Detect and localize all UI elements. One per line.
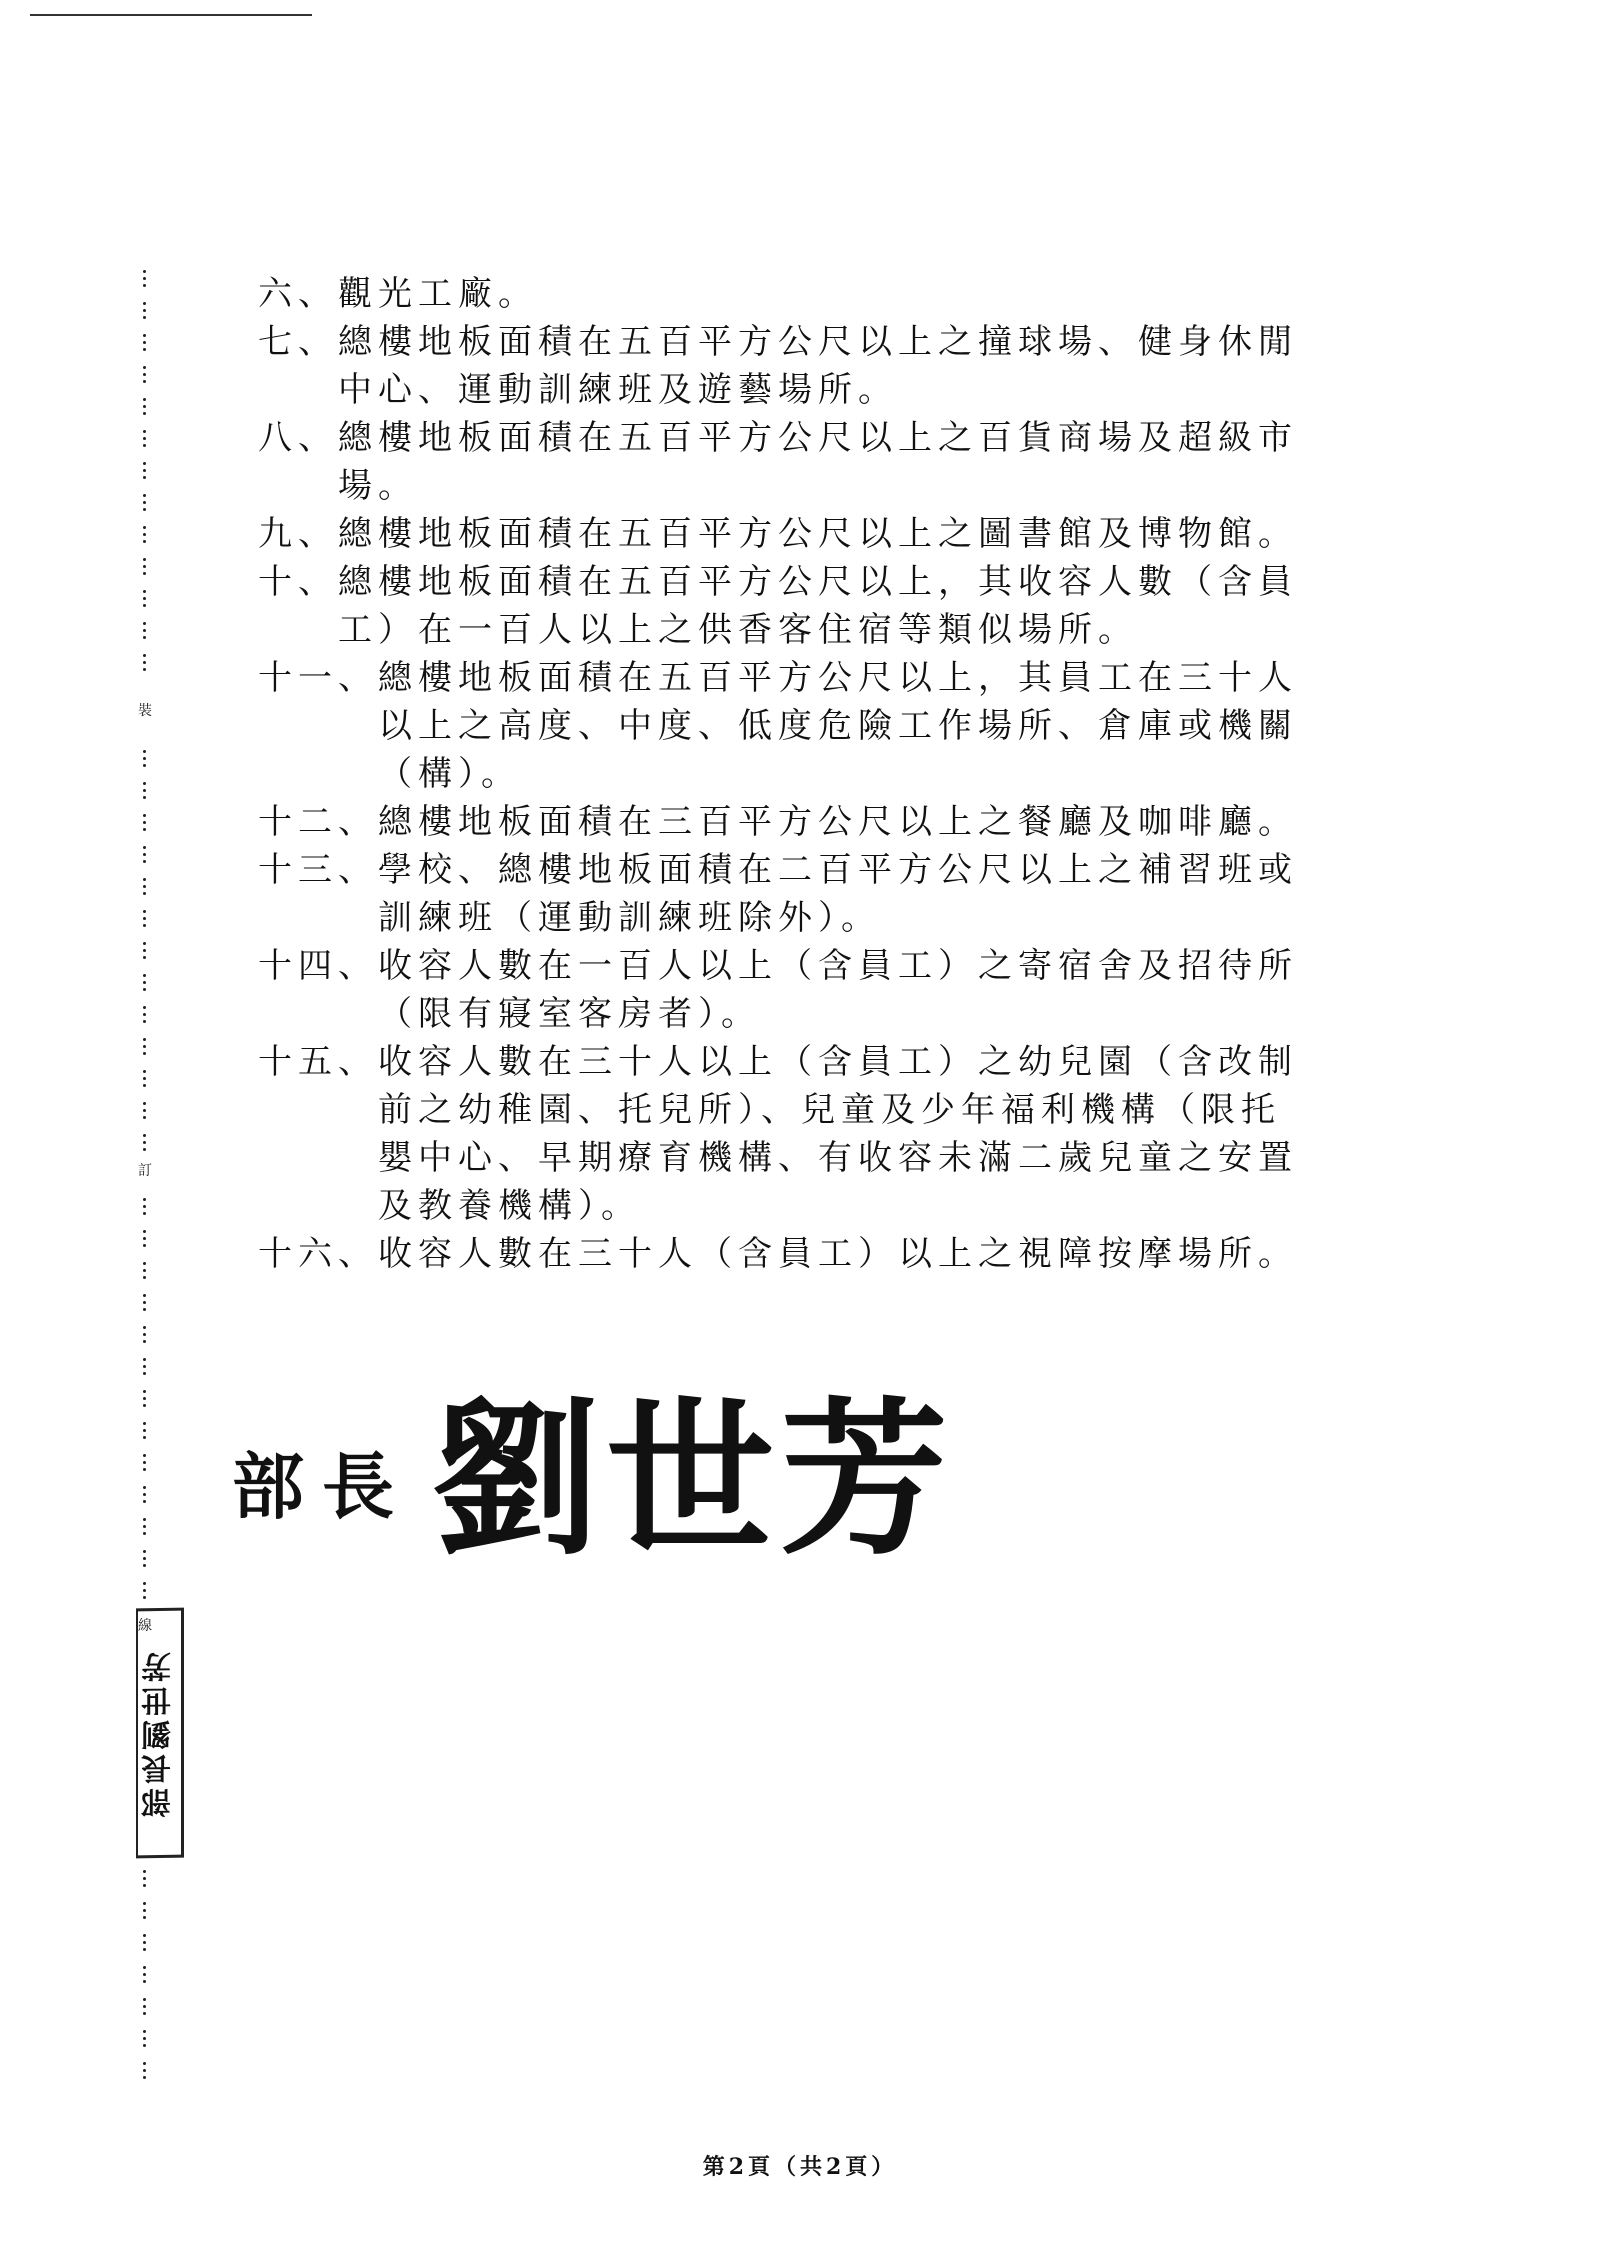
binding-dots — [143, 1102, 147, 1119]
binding-dots — [143, 1902, 147, 1919]
item-line: （構）。 — [378, 750, 1418, 798]
item-number: 十六、 — [258, 1230, 378, 1278]
binding-dots — [143, 270, 147, 287]
binding-dots — [143, 430, 147, 447]
item-number: 九、 — [258, 510, 338, 558]
binding-dots — [143, 654, 147, 671]
binding-dots — [143, 2030, 147, 2047]
binding-dots — [143, 1550, 147, 1567]
binding-dots — [143, 1998, 147, 2015]
item-number: 十四、 — [258, 942, 378, 1038]
top-rule — [30, 14, 312, 16]
list-item: 十三、學校、總樓地板面積在二百平方公尺以上之補習班或訓練班（運動訓練班除外）。 — [258, 846, 1418, 942]
page-number: 第2頁（共2頁） — [0, 2150, 1600, 2181]
seal-text: 部長劉世芳 — [138, 1648, 182, 1819]
item-number: 十五、 — [258, 1038, 378, 1230]
item-line: 中心、運動訓練班及遊藝場所。 — [338, 366, 1418, 414]
item-line: 收容人數在一百人以上（含員工）之寄宿舍及招待所 — [378, 942, 1418, 990]
signature-title: 部長 — [232, 1451, 412, 1523]
binding-dots — [143, 910, 147, 927]
item-line: 學校、總樓地板面積在二百平方公尺以上之補習班或 — [378, 846, 1418, 894]
binding-dots — [143, 622, 147, 639]
list-item: 六、觀光工廠。 — [258, 270, 1418, 318]
binding-dots — [143, 462, 147, 479]
item-text: 收容人數在一百人以上（含員工）之寄宿舍及招待所（限有寢室客房者）。 — [378, 942, 1418, 1038]
signature-block: 部長 劉世芳 — [232, 1395, 954, 1563]
item-text: 總樓地板面積在五百平方公尺以上之圖書館及博物館。 — [338, 510, 1418, 558]
binding-dots — [143, 1230, 147, 1247]
binding-dots — [143, 1006, 147, 1023]
item-line: 總樓地板面積在五百平方公尺以上之撞球場、健身休閒 — [338, 318, 1418, 366]
binding-dots — [143, 590, 147, 607]
item-line: 收容人數在三十人（含員工）以上之視障按摩場所。 — [378, 1230, 1418, 1278]
list-item: 九、總樓地板面積在五百平方公尺以上之圖書館及博物館。 — [258, 510, 1418, 558]
item-text: 總樓地板面積在五百平方公尺以上，其收容人數（含員工）在一百人以上之供香客住宿等類… — [338, 558, 1418, 654]
item-line: 訓練班（運動訓練班除外）。 — [378, 894, 1418, 942]
item-line: 及教養機構）。 — [378, 1182, 1418, 1230]
item-line: 總樓地板面積在三百平方公尺以上之餐廳及咖啡廳。 — [378, 798, 1418, 846]
binding-dots — [143, 1198, 147, 1215]
list-item: 八、總樓地板面積在五百平方公尺以上之百貨商場及超級市場。 — [258, 414, 1418, 510]
binding-dots — [143, 1870, 147, 1887]
binding-dots — [143, 302, 147, 319]
binding-dots — [143, 398, 147, 415]
binding-dots — [143, 1038, 147, 1055]
item-text: 觀光工廠。 — [338, 270, 1418, 318]
item-text: 總樓地板面積在五百平方公尺以上之撞球場、健身休閒中心、運動訓練班及遊藝場所。 — [338, 318, 1418, 414]
item-line: 總樓地板面積在五百平方公尺以上，其員工在三十人 — [378, 654, 1418, 702]
item-line: 以上之高度、中度、低度危險工作場所、倉庫或機關 — [378, 702, 1418, 750]
item-line: 收容人數在三十人以上（含員工）之幼兒園（含改制 — [378, 1038, 1418, 1086]
regulation-list: 六、觀光工廠。七、總樓地板面積在五百平方公尺以上之撞球場、健身休閒中心、運動訓練… — [258, 270, 1418, 1278]
binding-dots — [143, 558, 147, 575]
item-line: 總樓地板面積在五百平方公尺以上，其收容人數（含員 — [338, 558, 1418, 606]
item-number: 十二、 — [258, 798, 378, 846]
item-number: 六、 — [258, 270, 338, 318]
item-line: 前之幼稚園、托兒所）、兒童及少年福利機構（限托 — [378, 1086, 1418, 1134]
binding-label-ding: 訂 — [130, 1160, 160, 1180]
binding-dots — [143, 1390, 147, 1407]
list-item: 七、總樓地板面積在五百平方公尺以上之撞球場、健身休閒中心、運動訓練班及遊藝場所。 — [258, 318, 1418, 414]
binding-dots — [143, 1966, 147, 1983]
binding-dots — [143, 334, 147, 351]
binding-dots — [143, 814, 147, 831]
item-text: 收容人數在三十人以上（含員工）之幼兒園（含改制前之幼稚園、托兒所）、兒童及少年福… — [378, 1038, 1418, 1230]
item-text: 總樓地板面積在五百平方公尺以上，其員工在三十人以上之高度、中度、低度危險工作場所… — [378, 654, 1418, 798]
item-line: 總樓地板面積在五百平方公尺以上之圖書館及博物館。 — [338, 510, 1418, 558]
binding-dots — [143, 494, 147, 511]
item-number: 十一、 — [258, 654, 378, 798]
binding-dots — [143, 750, 147, 767]
binding-dots — [143, 1454, 147, 1471]
binding-dots — [143, 1262, 147, 1279]
item-line: 總樓地板面積在五百平方公尺以上之百貨商場及超級市 — [338, 414, 1418, 462]
item-text: 總樓地板面積在五百平方公尺以上之百貨商場及超級市場。 — [338, 414, 1418, 510]
official-seal: 部長劉世芳 — [136, 1608, 184, 1859]
item-line: 場。 — [338, 462, 1418, 510]
item-number: 八、 — [258, 414, 338, 510]
item-number: 七、 — [258, 318, 338, 414]
binding-dots — [143, 782, 147, 799]
binding-dots — [143, 1486, 147, 1503]
item-line: 觀光工廠。 — [338, 270, 1418, 318]
item-text: 收容人數在三十人（含員工）以上之視障按摩場所。 — [378, 1230, 1418, 1278]
list-item: 十六、收容人數在三十人（含員工）以上之視障按摩場所。 — [258, 1230, 1418, 1278]
binding-dots — [143, 1358, 147, 1375]
item-text: 總樓地板面積在三百平方公尺以上之餐廳及咖啡廳。 — [378, 798, 1418, 846]
binding-dots — [143, 1422, 147, 1439]
binding-dots — [143, 1518, 147, 1535]
list-item: 十、總樓地板面積在五百平方公尺以上，其收容人數（含員工）在一百人以上之供香客住宿… — [258, 558, 1418, 654]
item-line: 工）在一百人以上之供香客住宿等類似場所。 — [338, 606, 1418, 654]
binding-dots — [143, 1934, 147, 1951]
binding-dots — [143, 878, 147, 895]
item-number: 十、 — [258, 558, 338, 654]
item-number: 十三、 — [258, 846, 378, 942]
binding-dots — [143, 2062, 147, 2079]
list-item: 十二、總樓地板面積在三百平方公尺以上之餐廳及咖啡廳。 — [258, 798, 1418, 846]
binding-dots — [143, 1134, 147, 1151]
list-item: 十四、收容人數在一百人以上（含員工）之寄宿舍及招待所（限有寢室客房者）。 — [258, 942, 1418, 1038]
signature-name: 劉世芳 — [432, 1395, 954, 1563]
binding-dots — [143, 1070, 147, 1087]
binding-dots — [143, 974, 147, 991]
list-item: 十一、總樓地板面積在五百平方公尺以上，其員工在三十人以上之高度、中度、低度危險工… — [258, 654, 1418, 798]
binding-dots — [143, 846, 147, 863]
item-line: 嬰中心、早期療育機構、有收容未滿二歲兒童之安置 — [378, 1134, 1418, 1182]
item-text: 學校、總樓地板面積在二百平方公尺以上之補習班或訓練班（運動訓練班除外）。 — [378, 846, 1418, 942]
binding-dots — [143, 1582, 147, 1599]
binding-label-zhuang: 裝 — [130, 700, 160, 720]
binding-dots — [143, 526, 147, 543]
list-item: 十五、收容人數在三十人以上（含員工）之幼兒園（含改制前之幼稚園、托兒所）、兒童及… — [258, 1038, 1418, 1230]
binding-dots — [143, 366, 147, 383]
item-line: （限有寢室客房者）。 — [378, 990, 1418, 1038]
binding-dots — [143, 1326, 147, 1343]
binding-dots — [143, 1294, 147, 1311]
binding-dots — [143, 942, 147, 959]
